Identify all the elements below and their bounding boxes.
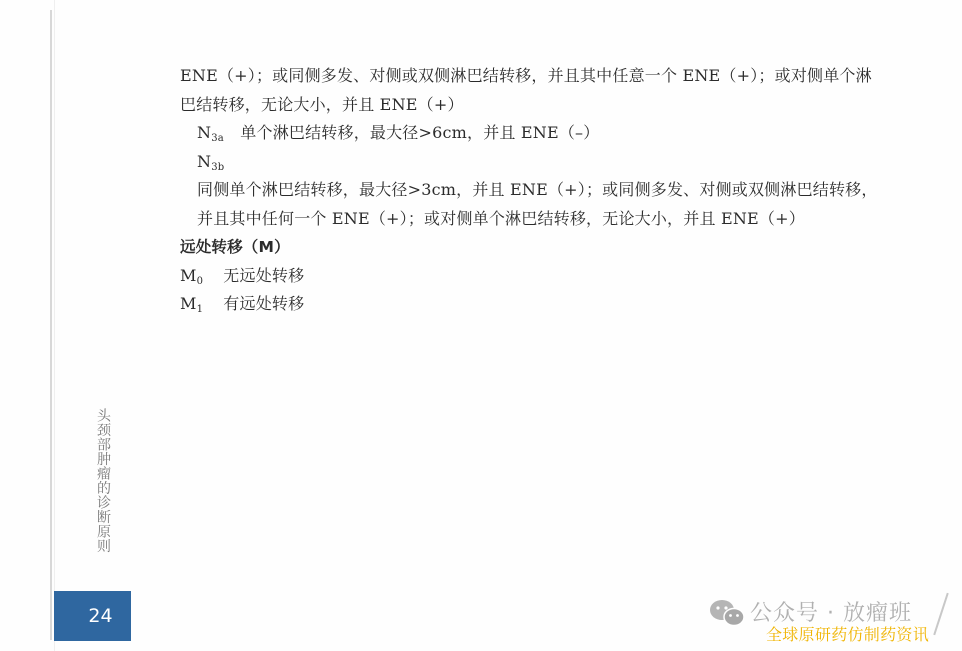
n3b-description-line: 并且其中任何一个 ENE（+）；或对侧单个淋巴结转移，无论大小，并且 ENE（+…: [180, 205, 940, 234]
n3b-entry: N3b: [180, 148, 940, 177]
m1-description: 有远处转移: [223, 294, 304, 313]
n3a-entry: N3a 单个淋巴结转移，最大径>6cm，并且 ENE（–）: [180, 119, 940, 148]
paragraph-line: ENE（+）；或同侧多发、对侧或双侧淋巴结转移，并且其中任意一个 ENE（+）；…: [180, 62, 940, 91]
page-number-badge: 24: [54, 591, 131, 641]
n3b-term: N3b: [197, 148, 235, 177]
watermark-tagline: 全球原研药仿制药资讯: [766, 622, 929, 645]
m1-entry: M1 有远处转移: [180, 290, 940, 319]
wechat-icon: [708, 598, 746, 628]
n3a-description: 单个淋巴结转移，最大径>6cm，并且 ENE（–）: [240, 123, 599, 142]
page-number: 24: [72, 605, 112, 627]
document-page: ENE（+）；或同侧多发、对侧或双侧淋巴结转移，并且其中任意一个 ENE（+）；…: [0, 0, 962, 651]
n3b-description-line: 同侧单个淋巴结转移，最大径>3cm，并且 ENE（+）；或同侧多发、对侧或双侧淋…: [180, 176, 940, 205]
section-heading-distant-metastasis: 远处转移（M）: [180, 233, 940, 262]
m1-term: M1: [180, 290, 218, 319]
watermark: 公众号 · 放瘤班 全球原研药仿制药资讯: [700, 592, 962, 651]
binding-edge-shadow: [54, 0, 55, 651]
chapter-side-title: 头颈部肿瘤的诊断原则: [92, 408, 110, 553]
paragraph-line: 巴结转移，无论大小，并且 ENE（+）: [180, 91, 940, 120]
binding-edge-line: [50, 10, 52, 640]
m0-entry: M0 无远处转移: [180, 262, 940, 291]
watermark-slash: [933, 593, 948, 635]
n3a-term: N3a: [197, 119, 235, 148]
m0-term: M0: [180, 262, 218, 291]
m0-description: 无远处转移: [223, 266, 304, 285]
staging-text-body: ENE（+）；或同侧多发、对侧或双侧淋巴结转移，并且其中任意一个 ENE（+）；…: [180, 62, 940, 319]
